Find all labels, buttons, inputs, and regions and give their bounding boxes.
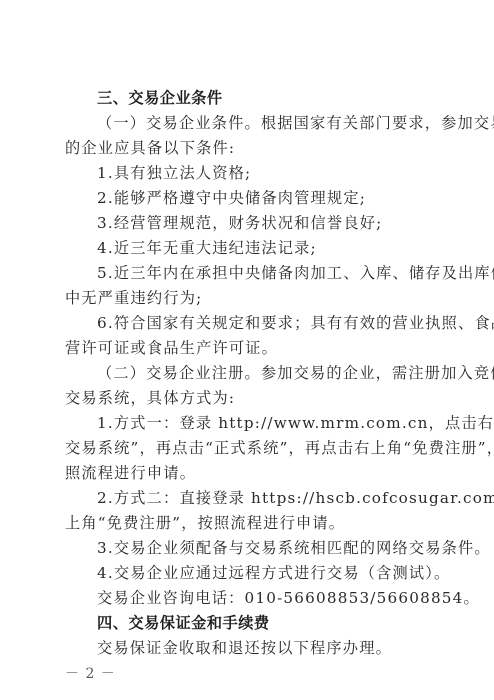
subsection-1-text-cont: 的企业应具备以下条件: xyxy=(65,138,429,158)
condition-item-2: 2.能够严格遵守中央储备肉管理规定; xyxy=(97,188,429,208)
section-4-text: 交易保证金收取和退还按以下程序办理。 xyxy=(97,638,429,658)
condition-item-6: 6.符合国家有关规定和要求；具有有效的营业执照、食品经 xyxy=(97,313,429,333)
document-page: 三、交易企业条件 （一）交易企业条件。根据国家有关部门要求，参加交易 的企业应具… xyxy=(0,0,494,700)
condition-item-6-cont: 营许可证或食品生产许可证。 xyxy=(65,338,429,358)
registration-method-2: 2.方式二：直接登录 https://hscb.cofcosugar.com:8… xyxy=(97,488,429,508)
subsection-2-text-cont: 交易系统，具体方式为: xyxy=(65,388,429,408)
condition-item-3: 3.经营管理规范，财务状况和信誉良好; xyxy=(97,213,429,233)
subsection-1-text: （一）交易企业条件。根据国家有关部门要求，参加交易 xyxy=(97,113,429,133)
requirement-item-3: 3.交易企业须配备与交易系统相匹配的网络交易条件。 xyxy=(97,538,429,558)
condition-item-5: 5.近三年内在承担中央储备肉加工、入库、储存及出库任务 xyxy=(97,263,429,283)
section-heading-3: 三、交易企业条件 xyxy=(97,88,429,108)
condition-item-1: 1.具有独立法人资格; xyxy=(97,163,429,183)
registration-method-2-cont: 上角“免费注册”，按照流程进行申请。 xyxy=(65,513,429,533)
condition-item-4: 4.近三年无重大违纪违法记录; xyxy=(97,238,429,258)
section-heading-4: 四、交易保证金和手续费 xyxy=(97,613,429,633)
subsection-2-text: （二）交易企业注册。参加交易的企业，需注册加入竞价 xyxy=(97,363,429,383)
consult-hotline: 交易企业咨询电话：010-56608853/56608854。 xyxy=(97,588,429,608)
requirement-item-4: 4.交易企业应通过远程方式进行交易（含测试）。 xyxy=(97,563,429,583)
registration-method-1-cont2: 照流程进行申请。 xyxy=(65,463,429,483)
registration-method-1: 1.方式一：登录 http://www.mrm.com.cn，点击右上角“竞价 xyxy=(97,413,429,433)
page-number: － 2 － xyxy=(65,663,116,683)
condition-item-5-cont: 中无严重违约行为; xyxy=(65,288,429,308)
registration-method-1-cont: 交易系统”，再点击“正式系统”，再点击右上角“免费注册”，按 xyxy=(65,438,429,458)
